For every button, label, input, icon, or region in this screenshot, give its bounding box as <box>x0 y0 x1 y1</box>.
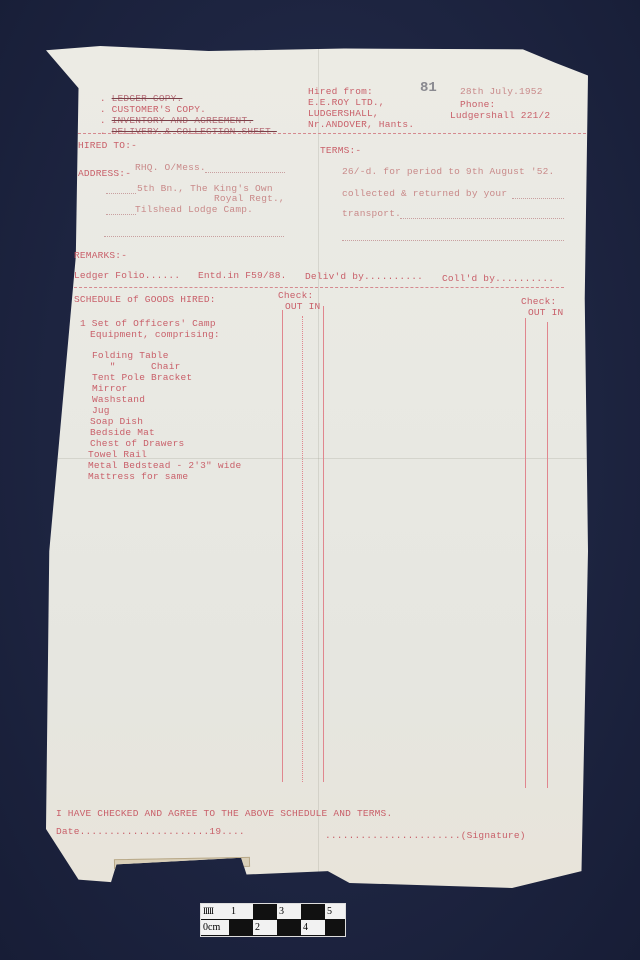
column-rule <box>323 306 324 782</box>
address-line-4: Tilshead Lodge Camp. <box>135 204 253 215</box>
column-rule <box>547 322 548 788</box>
number-stamp: 81 <box>420 80 437 96</box>
address-label: ADDRESS:- <box>78 168 131 179</box>
terms-line-1: 26/-d. for period to 9th August '52. <box>342 166 554 177</box>
phone-number: Ludgershall 221/2 <box>450 110 550 121</box>
list-item: " Chair <box>92 361 181 372</box>
remarks-label: REMARKS:- <box>74 250 127 261</box>
list-item: Bedside Mat <box>90 427 155 438</box>
ledger-folio: Ledger Folio...... <box>74 270 180 281</box>
scale-mark: 5 <box>325 904 345 919</box>
column-rule <box>282 310 283 782</box>
phone-label: Phone: <box>460 99 495 110</box>
torn-edge <box>114 857 250 869</box>
list-item: Mattress for same <box>88 471 188 482</box>
terms-label: TERMS:- <box>320 145 361 156</box>
scale-mark: 4 <box>301 920 325 935</box>
check-label-right: Check: <box>521 296 556 307</box>
check-label-left: Check: <box>278 290 313 301</box>
delivered-by: Deliv'd by.......... <box>305 271 423 282</box>
scale-bar: IIIII 1 3 5 0cm 2 4 <box>200 903 346 937</box>
schedule-title: SCHEDULE of GOODS HIRED: <box>74 294 216 305</box>
dotted-fill <box>342 240 564 241</box>
scale-block <box>301 904 325 919</box>
schedule-intro-2: Equipment, comprising: <box>90 329 220 340</box>
address-line-1: RHQ. O/Mess. <box>135 162 206 173</box>
list-item: Folding Table <box>92 350 169 361</box>
hired-from-county: Nr.ANDOVER, Hants. <box>308 119 414 130</box>
entered-in: Entd.in F59/88. <box>198 270 287 281</box>
terms-line-2: collected & returned by your <box>342 188 507 199</box>
list-item: Jug <box>92 405 110 416</box>
column-rule <box>302 316 303 782</box>
agreement-statement: I HAVE CHECKED AND AGREE TO THE ABOVE SC… <box>56 808 392 819</box>
scale-block <box>253 904 277 919</box>
rule-divider <box>74 287 564 288</box>
column-rule <box>525 318 526 788</box>
scale-mark: 1 <box>229 904 253 919</box>
scale-mark: 2 <box>253 920 277 935</box>
list-item: Towel Rail <box>88 449 147 460</box>
out-in-label-left: OUT IN <box>285 301 320 312</box>
dotted-fill <box>400 218 564 219</box>
scale-ticks: IIIII <box>201 904 229 919</box>
signature-field: .......................(Signature) <box>325 830 526 841</box>
hire-date: 28th July.1952 <box>460 86 543 97</box>
hired-from-label: Hired from: <box>308 86 373 97</box>
hired-from-company: E.E.ROY LTD., <box>308 97 385 108</box>
out-in-label-right: OUT IN <box>528 307 563 318</box>
list-item: Chest of Drawers <box>90 438 184 449</box>
dotted-fill <box>205 172 285 173</box>
scale-block <box>229 920 253 935</box>
hired-to-label: HIRED TO:- <box>78 140 137 151</box>
list-item: Soap Dish <box>90 416 143 427</box>
dotted-fill <box>106 214 136 215</box>
scale-block <box>277 920 301 935</box>
scale-block <box>325 920 345 935</box>
list-item: Metal Bedstead - 2'3" wide <box>88 460 241 471</box>
dotted-fill <box>512 198 564 199</box>
scale-unit: 0cm <box>201 920 229 935</box>
list-item: Tent Pole Bracket <box>92 372 192 383</box>
rule-divider <box>78 133 586 134</box>
date-field: Date......................19.... <box>56 826 245 837</box>
dotted-fill <box>104 236 284 237</box>
list-item: Washstand <box>92 394 145 405</box>
dotted-fill <box>106 193 136 194</box>
address-line-3: Royal Regt., <box>214 193 285 204</box>
schedule-intro-1: 1 Set of Officers' Camp <box>80 318 216 329</box>
list-item: Mirror <box>92 383 127 394</box>
scale-mark: 3 <box>277 904 301 919</box>
paper-fold <box>318 46 319 888</box>
collected-by: Coll'd by.......... <box>442 273 554 284</box>
terms-line-3: transport. <box>342 208 401 219</box>
hired-from-town: LUDGERSHALL, <box>308 108 379 119</box>
